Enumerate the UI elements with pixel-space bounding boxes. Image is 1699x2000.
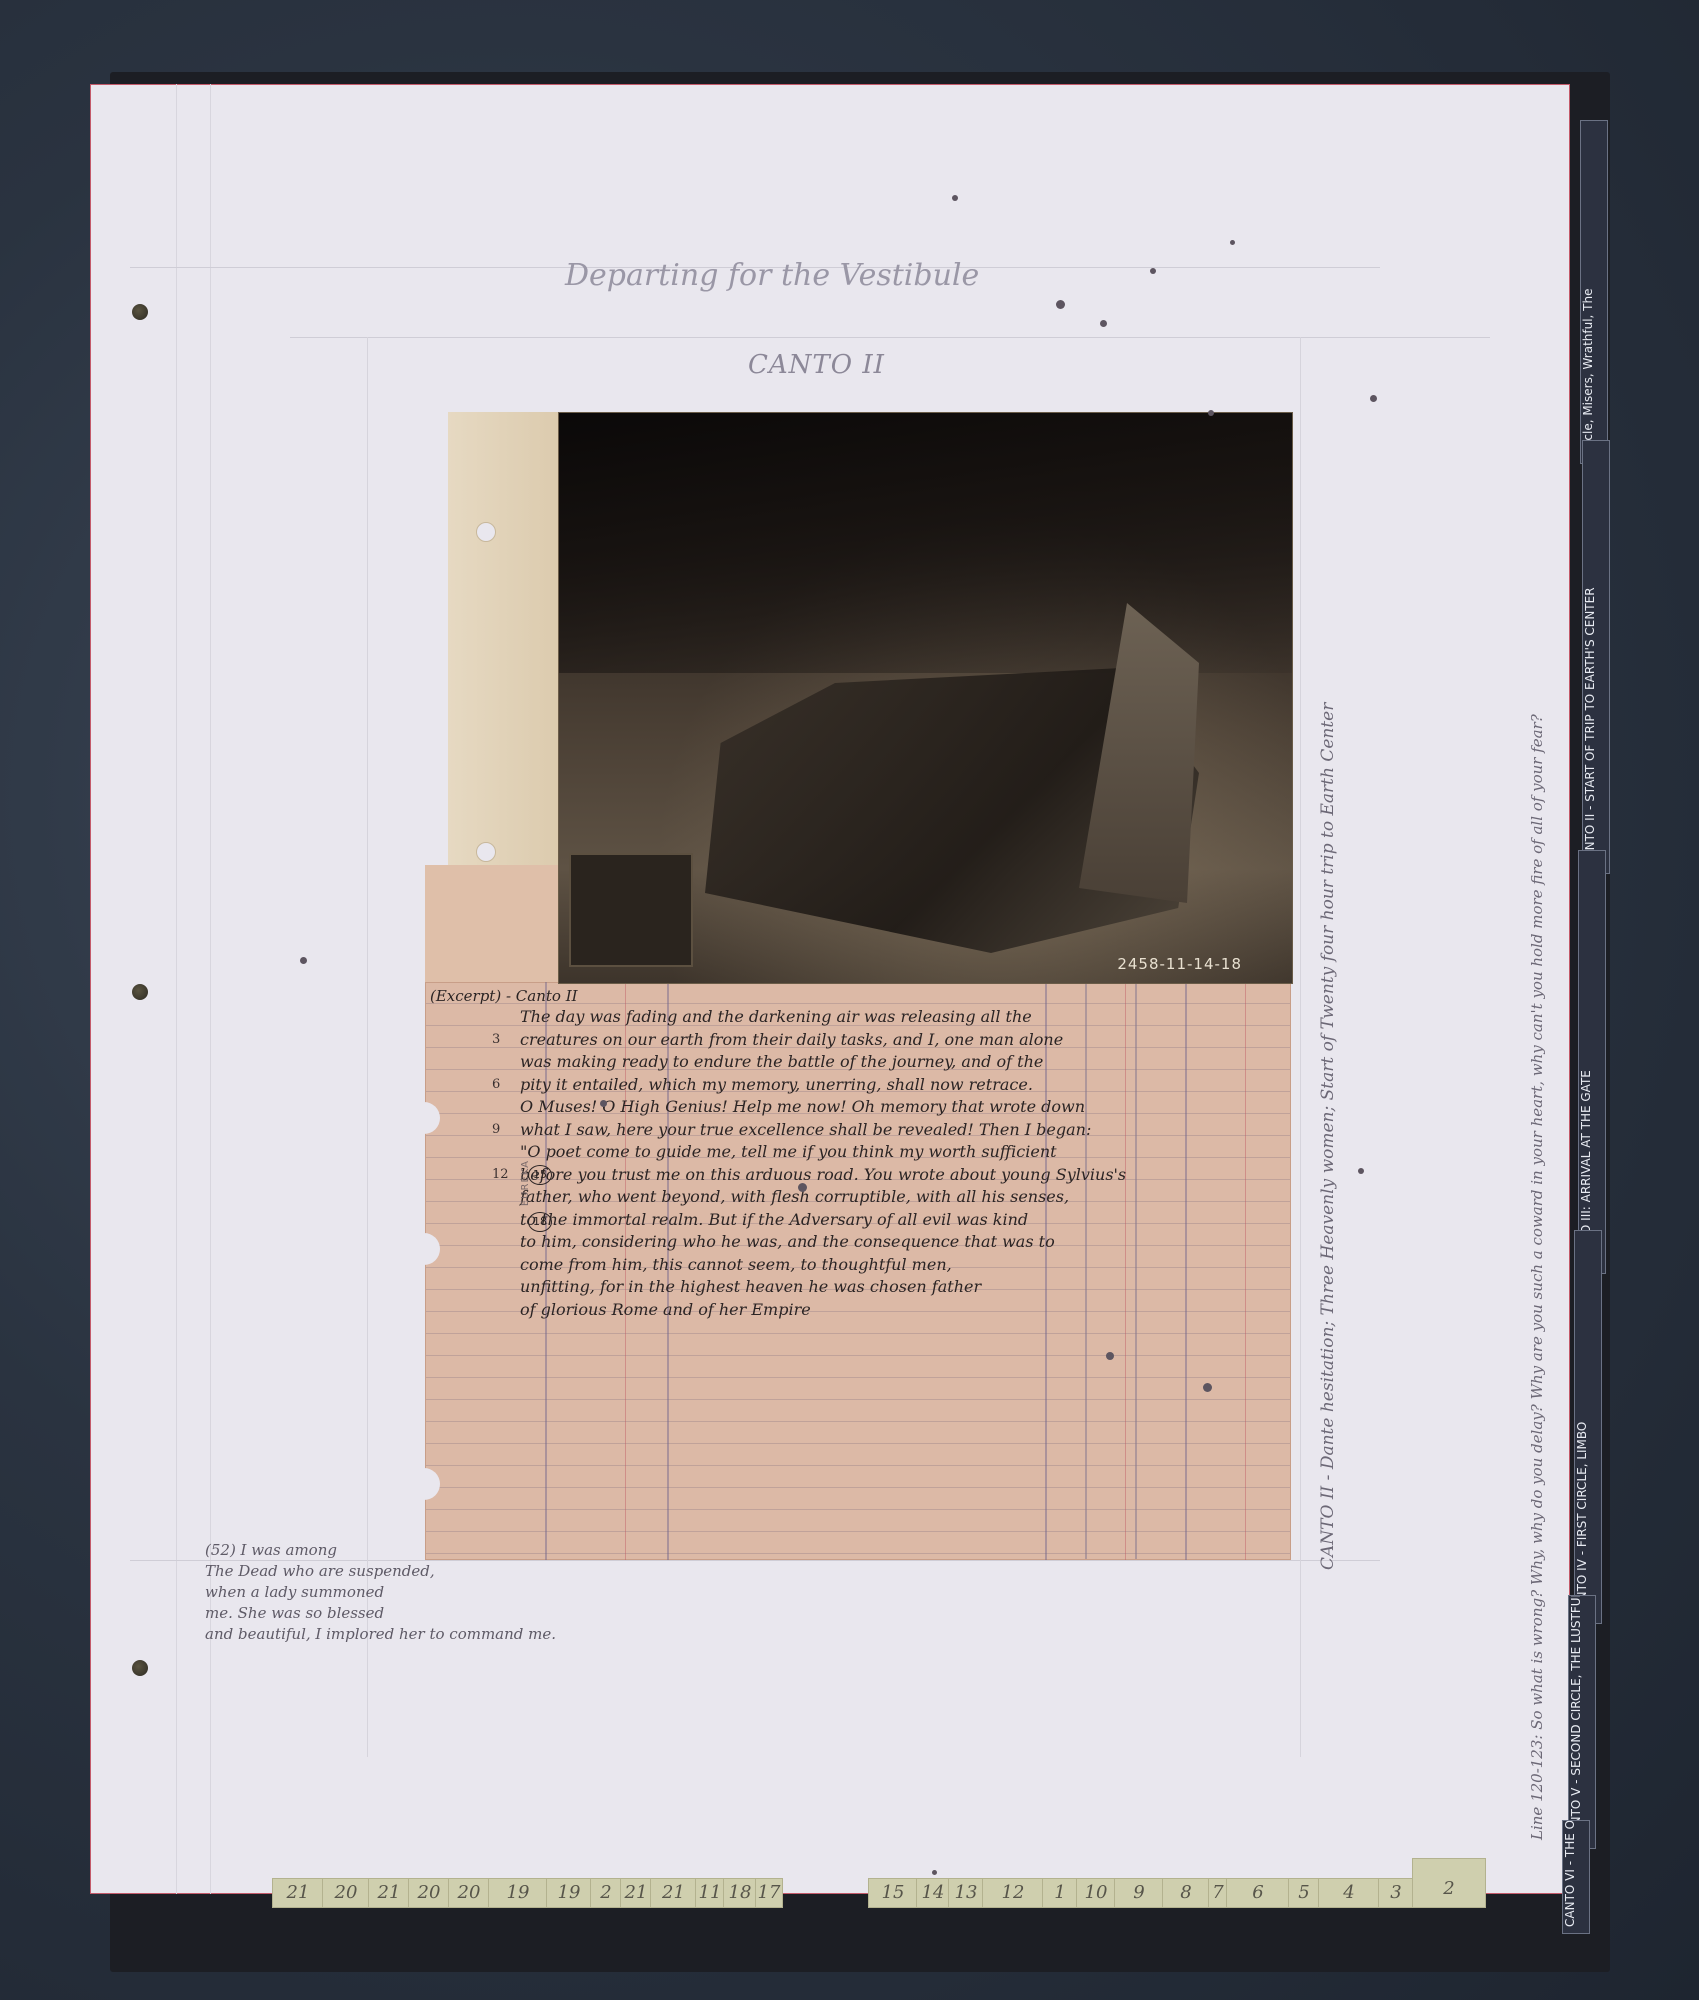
excerpt-label: (Excerpt) - Canto II [430, 985, 578, 1007]
ink-spot [1100, 320, 1107, 327]
margin-note-line: me. She was so blessed [205, 1603, 556, 1624]
passage-line: O Muses! O High Genius! Help me now! Oh … [520, 1096, 1126, 1119]
bottom-tab[interactable]: 8 [1162, 1878, 1210, 1908]
ink-spot [1358, 1168, 1364, 1174]
margin-note-line: (52) I was among [205, 1540, 556, 1561]
bottom-tab[interactable]: 18 [723, 1878, 757, 1908]
margin-note-line: when a lady summoned [205, 1582, 556, 1603]
ledger-hole [408, 1233, 440, 1265]
bottom-tab[interactable]: 20 [448, 1878, 490, 1908]
bottom-tab[interactable]: 17 [755, 1878, 783, 1908]
ledger-column-rule [1245, 982, 1246, 1560]
index-tab[interactable]: CANTO V - SECOND CIRCLE, THE LUSTFUL [1568, 1595, 1596, 1849]
ink-spot [600, 1100, 607, 1107]
binder-hole [132, 984, 148, 1000]
ink-spot [1056, 300, 1065, 309]
ledger-hole [408, 1102, 440, 1134]
bottom-tab[interactable]: 21 [272, 1878, 324, 1908]
bottom-tab[interactable]: 4 [1318, 1878, 1380, 1908]
passage-line: 12before you trust me on this arduous ro… [520, 1164, 1126, 1187]
passage-line: 3creatures on our earth from their daily… [520, 1029, 1126, 1052]
bottom-tab[interactable]: 5 [1288, 1878, 1320, 1908]
bottom-tab[interactable]: 19 [488, 1878, 548, 1908]
bottom-tab[interactable]: 21 [620, 1878, 652, 1908]
bottom-tab[interactable]: 20 [322, 1878, 370, 1908]
ink-spot [952, 195, 958, 201]
bottom-tab[interactable]: 19 [546, 1878, 592, 1908]
index-tab[interactable]: CANTO VI - THE ONE [1562, 1820, 1590, 1934]
passage-line: father, who went beyond, with flesh corr… [520, 1186, 1126, 1209]
eureka-stamp: EUREKA [520, 1160, 531, 1206]
bottom-tab[interactable]: 2 [590, 1878, 622, 1908]
bottom-tab[interactable]: 20 [408, 1878, 450, 1908]
binder-hole [132, 1660, 148, 1676]
bottom-tab[interactable]: 21 [368, 1878, 410, 1908]
card-hole [476, 842, 496, 862]
margin-note-line: The Dead who are suspended, [205, 1561, 556, 1582]
ink-spot [1370, 395, 1377, 402]
guide-line [1300, 337, 1301, 1757]
bottom-tab[interactable]: 21 [650, 1878, 697, 1908]
bottom-tab[interactable]: 1 [1042, 1878, 1078, 1908]
passage-line: The day was fading and the darkening air… [520, 1006, 1126, 1029]
bottom-tab[interactable]: 9 [1114, 1878, 1164, 1908]
circled-line-number: 18 [528, 1212, 552, 1232]
binder-hole [132, 304, 148, 320]
ink-spot [1203, 1383, 1212, 1392]
index-tab[interactable]: CANTO III: ARRIVAL AT THE GATE [1578, 850, 1606, 1274]
passage-line: come from him, this cannot seem, to thou… [520, 1254, 1126, 1277]
canto-summary-note: CANTO II - Dante hesitation; Three Heave… [1318, 470, 1338, 1570]
ledger-column-rule [1185, 982, 1187, 1560]
bottom-tab[interactable]: 6 [1226, 1878, 1290, 1908]
ink-spot [1150, 268, 1156, 274]
photo-caption-code: 2458-11-14-18 [1117, 955, 1242, 973]
bottom-tab[interactable]: 13 [948, 1878, 984, 1908]
bottom-tab[interactable]: 3 [1378, 1878, 1414, 1908]
canto-title: CANTO II [748, 350, 885, 380]
ledger-hole [408, 1468, 440, 1500]
passage-line: to him, considering who he was, and the … [520, 1231, 1126, 1254]
bottom-tab[interactable]: 11 [695, 1878, 725, 1908]
bottom-tab[interactable]: 14 [916, 1878, 950, 1908]
ink-spot [1106, 1352, 1114, 1360]
bottom-tab[interactable]: 12 [982, 1878, 1044, 1908]
ink-spot [1208, 410, 1214, 416]
passage-line: to the immortal realm. But if the Advers… [520, 1209, 1126, 1232]
passage-line: of glorious Rome and of her Empire [520, 1299, 1126, 1322]
index-tab[interactable]: Circle, Misers, Wrathful, The [1580, 120, 1608, 464]
passage-line: was making ready to endure the battle of… [520, 1051, 1126, 1074]
ink-spot [932, 1870, 937, 1875]
ink-spot [798, 1183, 807, 1192]
page-fold-line [176, 84, 177, 1894]
passage-line: unfitting, for in the highest heaven he … [520, 1276, 1126, 1299]
index-tab[interactable]: CANTO II - START OF TRIP TO EARTH'S CENT… [1582, 440, 1610, 874]
bottom-tab[interactable]: 7 [1208, 1878, 1228, 1908]
questions-note: Line 120-123: So what is wrong? Why, why… [1528, 280, 1546, 1840]
machine-photograph: 2458-11-14-18 [558, 412, 1293, 984]
passage-line: 6pity it entailed, which my memory, uner… [520, 1074, 1126, 1097]
margin-note-line: and beautiful, I implored her to command… [205, 1624, 556, 1645]
circled-line-number: 15 [528, 1165, 552, 1185]
bottom-tab[interactable]: 15 [868, 1878, 918, 1908]
parts-bin [569, 853, 693, 967]
ink-spot [1230, 240, 1235, 245]
bottom-tab-current[interactable]: 2 [1412, 1858, 1486, 1908]
page-heading: Departing for the Vestibule [565, 258, 979, 293]
overpaint-brushstrokes [559, 413, 1292, 673]
guide-line [290, 337, 1490, 338]
passage-line: 9what I saw, here your true excellence s… [520, 1119, 1126, 1142]
card-hole [476, 522, 496, 542]
bottom-tab[interactable]: 10 [1076, 1878, 1116, 1908]
index-tab[interactable]: CANTO IV - FIRST CIRCLE, LIMBO [1574, 1230, 1602, 1624]
ink-spot [300, 957, 307, 964]
passage-line: "O poet come to guide me, tell me if you… [520, 1141, 1126, 1164]
margin-note: (52) I was among The Dead who are suspen… [205, 1540, 556, 1645]
handwritten-passage: The day was fading and the darkening air… [520, 1006, 1126, 1321]
